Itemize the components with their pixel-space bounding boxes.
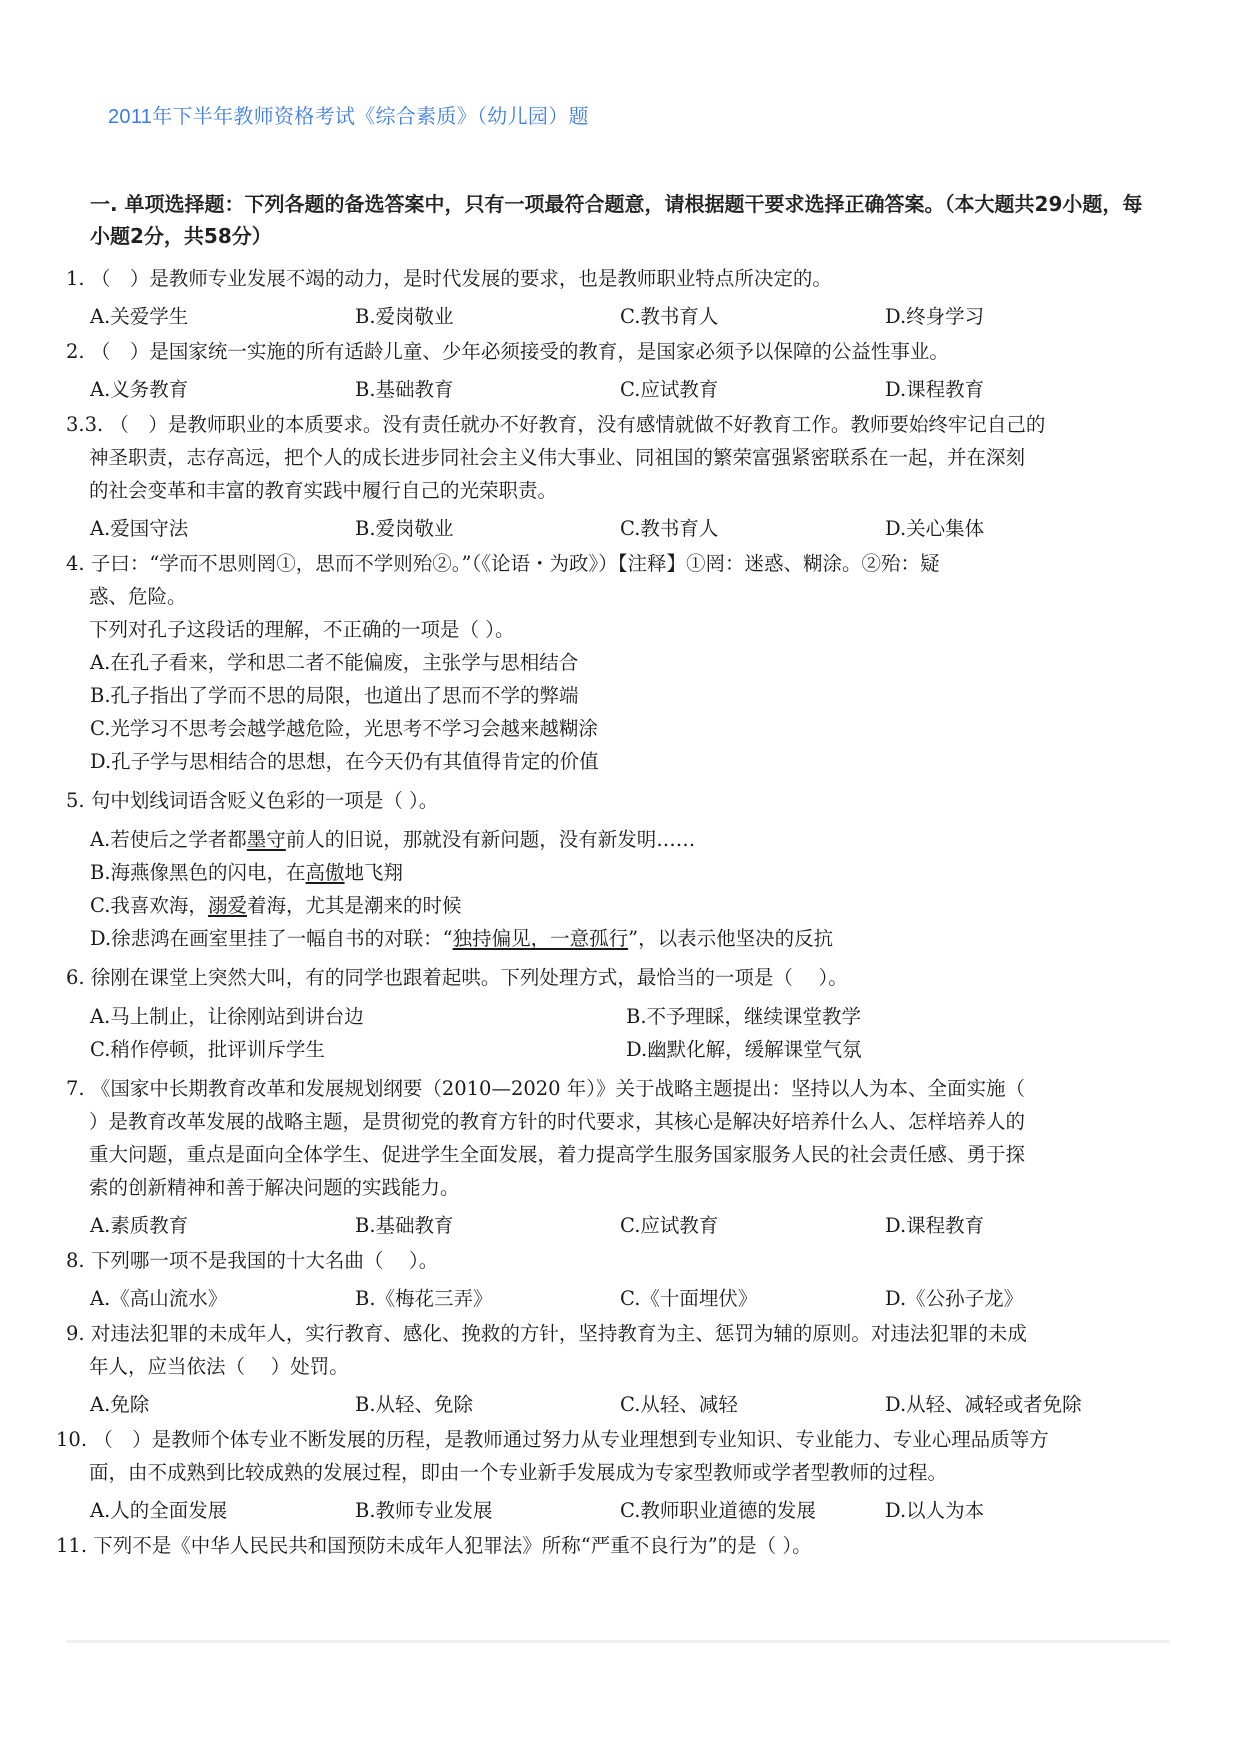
options-row: A.关爱学生 B.爱岗敬业 C.教书育人 D.终身学习 bbox=[66, 295, 1156, 335]
question-stem: （ ）是教师专业发展不竭的动力，是时代发展的要求，也是教师职业特点所决定的。 bbox=[91, 262, 1156, 295]
option-c: C.应试教育 bbox=[620, 374, 885, 402]
question-number: 6. bbox=[66, 961, 91, 994]
option-c: C.应试教育 bbox=[620, 1210, 885, 1238]
question-stem: 对违法犯罪的未成年人，实行教育、感化、挽救的方针，坚持教育为主、惩罚为辅的原则。… bbox=[91, 1317, 1156, 1350]
question-number: 8. bbox=[66, 1244, 91, 1277]
option-b: B.爱岗敬业 bbox=[355, 301, 620, 329]
option-b: B.《梅花三弄》 bbox=[355, 1283, 620, 1311]
question-stem-line: 索的创新精神和善于解决问题的实践能力。 bbox=[66, 1171, 1156, 1204]
question-number: 5. bbox=[66, 784, 91, 817]
options-row: A.人的全面发展 B.教师专业发展 C.教师职业道德的发展 D.以人为本 bbox=[66, 1489, 1156, 1529]
options-row: A.爱国守法 B.爱岗敬业 C.教书育人 D.关心集体 bbox=[66, 507, 1156, 547]
question-stem: （ ）是教师职业的本质要求。没有责任就办不好教育，没有感情就做不好教育工作。教师… bbox=[109, 408, 1156, 441]
underlined-term: 高傲 bbox=[306, 861, 345, 884]
question-6: 6. 徐刚在课堂上突然大叫，有的同学也跟着起哄。下列处理方式，最恰当的一项是（ … bbox=[66, 961, 1156, 1072]
question-number: 7. bbox=[66, 1072, 91, 1105]
options-row: A.免除 B.从轻、免除 C.从轻、减轻 D.从轻、减轻或者免除 bbox=[66, 1383, 1156, 1423]
options-row: A.《高山流水》 B.《梅花三弄》 C.《十面埋伏》 D.《公孙子龙》 bbox=[66, 1277, 1156, 1317]
question-stem-line: 年人，应当依法（ ）处罚。 bbox=[66, 1350, 1156, 1383]
question-10: 10. （ ）是教师个体专业不断发展的历程，是教师通过努力从专业理想到专业知识、… bbox=[66, 1423, 1156, 1529]
question-stem: 句中划线词语含贬义色彩的一项是（ ）。 bbox=[91, 784, 1156, 817]
option-b: B.海燕像黑色的闪电，在高傲地飞翔 bbox=[90, 856, 1156, 889]
question-stem: （ ）是教师个体专业不断发展的历程，是教师通过努力从专业理想到专业知识、专业能力… bbox=[93, 1423, 1156, 1456]
question-4: 4. 子曰：“学而不思则罔①，思而不学则殆②。”（《论语・为政》）【注释】①罔：… bbox=[66, 547, 1156, 784]
option-c: C.教书育人 bbox=[620, 513, 885, 541]
option-d: D.徐悲鸿在画室里挂了一幅自书的对联：“独持偏见，一意孤行”，以表示他坚决的反抗 bbox=[90, 922, 1156, 955]
question-number: 10. bbox=[56, 1423, 93, 1456]
option-a: A.马上制止，让徐刚站到讲台边 bbox=[90, 1000, 626, 1033]
option-a: A.免除 bbox=[90, 1389, 355, 1417]
question-8: 8. 下列哪一项不是我国的十大名曲（ ）。 A.《高山流水》 B.《梅花三弄》 … bbox=[66, 1244, 1156, 1317]
option-text: 地飞翔 bbox=[345, 861, 404, 884]
options-grid: A.马上制止，让徐刚站到讲台边 B.不予理睬，继续课堂教学 C.稍作停顿，批评训… bbox=[66, 1000, 1156, 1066]
option-c: C.光学习不思考会越学越危险，光思考不学习会越来越糊涂 bbox=[90, 712, 1156, 745]
option-a: A.关爱学生 bbox=[90, 301, 355, 329]
question-stem: 《国家中长期教育改革和发展规划纲要（2010—2020 年）》关于战略主题提出：… bbox=[91, 1072, 1156, 1105]
option-b: B.从轻、免除 bbox=[355, 1389, 620, 1417]
option-text: D.徐悲鸿在画室里挂了一幅自书的对联：“ bbox=[90, 927, 453, 950]
options-row: A.素质教育 B.基础教育 C.应试教育 D.课程教育 bbox=[66, 1204, 1156, 1244]
option-d: D.《公孙子龙》 bbox=[885, 1283, 1150, 1311]
question-number: 1. bbox=[66, 262, 91, 295]
option-d: D.孔子学与思相结合的思想，在今天仍有其值得肯定的价值 bbox=[90, 745, 1156, 778]
question-stem: 下列哪一项不是我国的十大名曲（ ）。 bbox=[91, 1244, 1156, 1277]
option-text: ”，以表示他坚决的反抗 bbox=[628, 927, 833, 950]
question-stem-line: 惑、危险。 bbox=[66, 580, 1156, 613]
question-stem-line: 神圣职责，志存高远，把个人的成长进步同社会主义伟大事业、同祖国的繁荣富强紧密联系… bbox=[66, 441, 1156, 474]
question-prompt: 下列对孔子这段话的理解，不正确的一项是（ ）。 bbox=[66, 613, 1156, 646]
question-9: 9. 对违法犯罪的未成年人，实行教育、感化、挽救的方针，坚持教育为主、惩罚为辅的… bbox=[66, 1317, 1156, 1423]
underlined-term: 独持偏见，一意孤行 bbox=[453, 927, 629, 950]
options-list: A.在孔子看来，学和思二者不能偏废，主张学与思相结合 B.孔子指出了学而不思的局… bbox=[66, 646, 1156, 778]
option-a: A.《高山流水》 bbox=[90, 1283, 355, 1311]
option-c: C.稍作停顿，批评训斥学生 bbox=[90, 1033, 626, 1066]
option-c: C.我喜欢海，溺爱着海，尤其是潮来的时候 bbox=[90, 889, 1156, 922]
question-stem: 下列不是《中华人民民共和国预防未成年人犯罪法》所称“严重不良行为”的是（ ）。 bbox=[93, 1529, 1156, 1562]
question-stem: 子曰：“学而不思则罔①，思而不学则殆②。”（《论语・为政》）【注释】①罔：迷惑、… bbox=[91, 547, 1156, 580]
underlined-term: 溺爱 bbox=[208, 894, 247, 917]
option-b: B.基础教育 bbox=[355, 374, 620, 402]
option-text: C.我喜欢海， bbox=[90, 894, 208, 917]
question-number: 11. bbox=[56, 1529, 93, 1562]
page-divider bbox=[66, 1640, 1170, 1643]
option-d: D.终身学习 bbox=[885, 301, 1150, 329]
option-a: A.义务教育 bbox=[90, 374, 355, 402]
question-7: 7. 《国家中长期教育改革和发展规划纲要（2010—2020 年）》关于战略主题… bbox=[66, 1072, 1156, 1244]
question-1: 1. （ ）是教师专业发展不竭的动力，是时代发展的要求，也是教师职业特点所决定的… bbox=[66, 262, 1156, 335]
question-stem-line: 的社会变革和丰富的教育实践中履行自己的光荣职责。 bbox=[66, 474, 1156, 507]
document-title: 2011年下半年教师资格考试《综合素质》（幼儿园）题 bbox=[108, 100, 589, 129]
option-a: A.爱国守法 bbox=[90, 513, 355, 541]
question-list: 1. （ ）是教师专业发展不竭的动力，是时代发展的要求，也是教师职业特点所决定的… bbox=[66, 262, 1156, 1562]
option-a: A.素质教育 bbox=[90, 1210, 355, 1238]
option-c: C.教书育人 bbox=[620, 301, 885, 329]
options-row: A.义务教育 B.基础教育 C.应试教育 D.课程教育 bbox=[66, 368, 1156, 408]
option-a: A.人的全面发展 bbox=[90, 1495, 355, 1523]
option-c: C.教师职业道德的发展 bbox=[620, 1495, 885, 1523]
option-d: D.从轻、减轻或者免除 bbox=[885, 1389, 1150, 1417]
option-a: A.在孔子看来，学和思二者不能偏废，主张学与思相结合 bbox=[90, 646, 1156, 679]
question-number: 9. bbox=[66, 1317, 91, 1350]
question-number: 2. bbox=[66, 335, 91, 368]
option-d: D.关心集体 bbox=[885, 513, 1150, 541]
option-d: D.课程教育 bbox=[885, 1210, 1150, 1238]
question-stem-line: ）是教育改革发展的战略主题，是贯彻党的教育方针的时代要求，其核心是解决好培养什么… bbox=[66, 1105, 1156, 1138]
option-b: B.爱岗敬业 bbox=[355, 513, 620, 541]
option-text: A.若使后之学者都 bbox=[90, 828, 247, 851]
question-2: 2. （ ）是国家统一实施的所有适龄儿童、少年必须接受的教育，是国家必须予以保障… bbox=[66, 335, 1156, 408]
option-c: C.《十面埋伏》 bbox=[620, 1283, 885, 1311]
option-d: D.幽默化解，缓解课堂气氛 bbox=[626, 1033, 862, 1066]
question-5: 5. 句中划线词语含贬义色彩的一项是（ ）。 A.若使后之学者都墨守前人的旧说，… bbox=[66, 784, 1156, 961]
option-text: 前人的旧说，那就没有新问题，没有新发明…… bbox=[286, 828, 696, 851]
question-3: 3.3. （ ）是教师职业的本质要求。没有责任就办不好教育，没有感情就做不好教育… bbox=[66, 408, 1156, 547]
question-stem-line: 重大问题，重点是面向全体学生、促进学生全面发展，着力提高学生服务国家服务人民的社… bbox=[66, 1138, 1156, 1171]
option-a: A.若使后之学者都墨守前人的旧说，那就没有新问题，没有新发明…… bbox=[90, 823, 1156, 856]
option-d: D.以人为本 bbox=[885, 1495, 1150, 1523]
option-d: D.课程教育 bbox=[885, 374, 1150, 402]
question-11: 11. 下列不是《中华人民民共和国预防未成年人犯罪法》所称“严重不良行为”的是（… bbox=[66, 1529, 1156, 1562]
option-c: C.从轻、减轻 bbox=[620, 1389, 885, 1417]
option-b: B.教师专业发展 bbox=[355, 1495, 620, 1523]
underlined-term: 墨守 bbox=[247, 828, 286, 851]
question-stem-line: 面，由不成熟到比较成熟的发展过程，即由一个专业新手发展成为专家型教师或学者型教师… bbox=[66, 1456, 1156, 1489]
option-b: B.孔子指出了学而不思的局限，也道出了思而不学的弊端 bbox=[90, 679, 1156, 712]
option-text: 着海，尤其是潮来的时候 bbox=[247, 894, 462, 917]
options-list: A.若使后之学者都墨守前人的旧说，那就没有新问题，没有新发明…… B.海燕像黑色… bbox=[66, 823, 1156, 955]
question-stem: 徐刚在课堂上突然大叫，有的同学也跟着起哄。下列处理方式，最恰当的一项是（ ）。 bbox=[91, 961, 1156, 994]
document-page: 2011年下半年教师资格考试《综合素质》（幼儿园）题 一. 单项选择题：下列各题… bbox=[0, 0, 1240, 1754]
question-number: 3.3. bbox=[66, 408, 109, 441]
option-text: B.海燕像黑色的闪电，在 bbox=[90, 861, 306, 884]
option-b: B.基础教育 bbox=[355, 1210, 620, 1238]
question-number: 4. bbox=[66, 547, 91, 580]
question-stem: （ ）是国家统一实施的所有适龄儿童、少年必须接受的教育，是国家必须予以保障的公益… bbox=[91, 335, 1156, 368]
section-heading: 一. 单项选择题：下列各题的备选答案中，只有一项最符合题意，请根据题干要求选择正… bbox=[90, 188, 1150, 252]
option-b: B.不予理睬，继续课堂教学 bbox=[626, 1000, 861, 1033]
